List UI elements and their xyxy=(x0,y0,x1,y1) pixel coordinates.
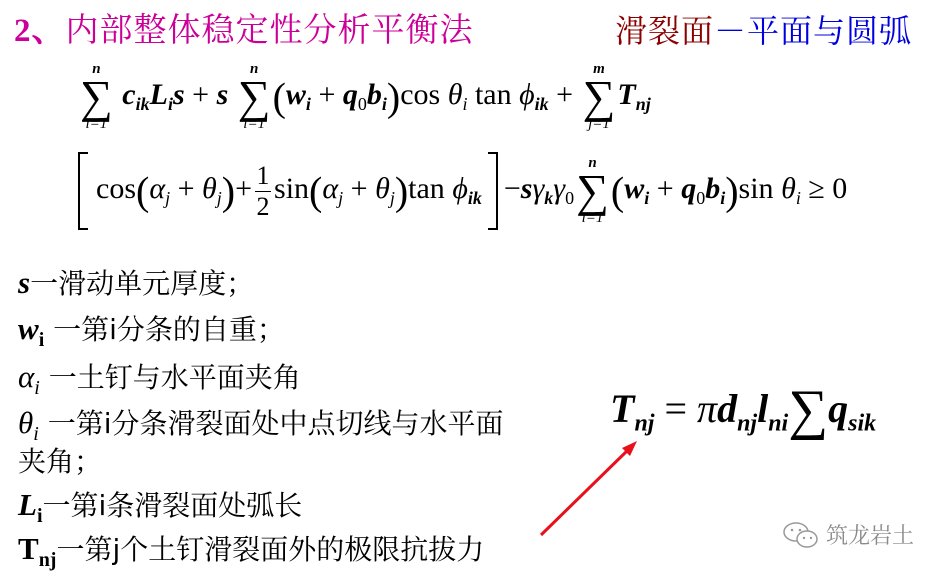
watermark-text: 筑龙岩土 xyxy=(826,519,914,550)
arrow-icon xyxy=(0,0,947,578)
wechat-icon xyxy=(782,520,820,550)
watermark: 筑龙岩土 xyxy=(782,519,914,550)
